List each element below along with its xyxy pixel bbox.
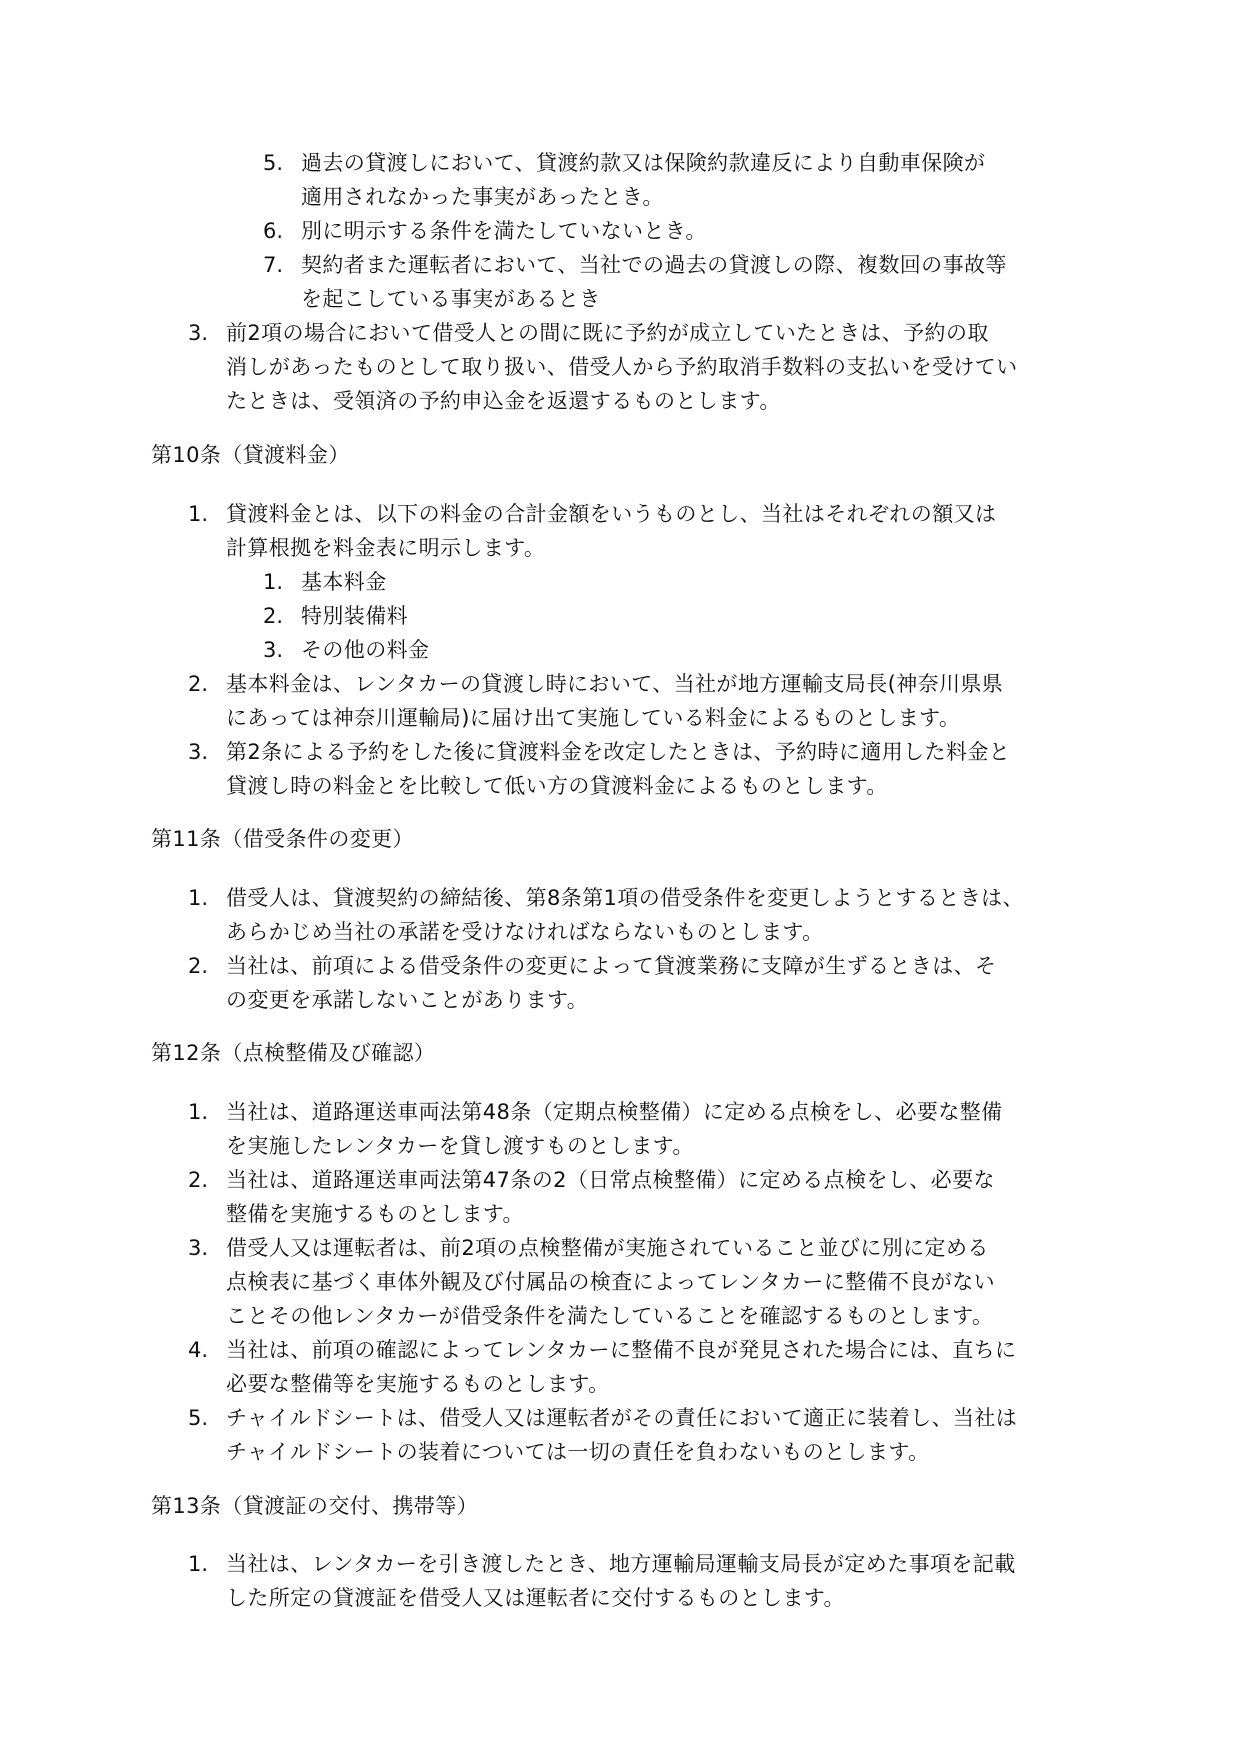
list-item-text: 貸渡し時の料金とを比較して低い方の貸渡料金によるものとします。 <box>226 769 888 803</box>
list-item-text: 当社は、道路運送車両法第48条（定期点検整備）に定める点検をし、必要な整備 <box>226 1095 1003 1129</box>
list-item-text: 契約者また運転者において、当社での過去の貸渡しの際、複数回の事故等 <box>301 248 1007 282</box>
list-item-text: チャイルドシートの装着については一切の責任を負わないものとします。 <box>226 1435 929 1469</box>
list-marker: 2. <box>188 667 208 701</box>
list-item-text: 過去の貸渡しにおいて、貸渡約款又は保険約款違反により自動車保険が <box>301 146 985 180</box>
list-marker: 1. <box>188 881 208 915</box>
list-marker: 3. <box>188 735 208 769</box>
list-item-text: 前2項の場合において借受人との間に既に予約が成立していたときは、予約の取 <box>226 316 989 350</box>
article-heading: 第11条（借受条件の変更） <box>151 822 414 856</box>
list-marker: 2. <box>263 599 283 633</box>
list-item-text: 点検表に基づく車体外観及び付属品の検査によってレンタカーに整備不良がない <box>226 1265 995 1299</box>
list-marker: 6. <box>263 214 283 248</box>
list-item-text: 計算根拠を料金表に明示します。 <box>226 531 545 565</box>
list-marker: 7. <box>263 248 283 282</box>
list-marker: 3. <box>188 316 208 350</box>
list-item-text: 整備を実施するものとします。 <box>226 1197 524 1231</box>
list-item-text: 別に明示する条件を満たしていないとき。 <box>301 214 707 248</box>
list-marker: 1. <box>188 1547 208 1581</box>
list-item-text: 借受人は、貸渡契約の締結後、第8条第1項の借受条件を変更しようとするときは、 <box>226 881 1024 915</box>
list-item-text: を起こしている事実があるとき <box>301 282 601 316</box>
article-heading: 第13条（貸渡証の交付、携帯等） <box>151 1489 478 1523</box>
article-heading: 第10条（貸渡料金） <box>151 438 350 472</box>
list-item-text: の変更を承諾しないことがあります。 <box>226 983 588 1017</box>
list-marker: 3. <box>188 1231 208 1265</box>
list-item-text: 適用されなかった事実があったとき。 <box>301 180 664 214</box>
list-item-text: にあっては神奈川運輸局)に届け出て実施している料金によるものとします。 <box>226 701 960 735</box>
list-item-text: を実施したレンタカーを貸し渡すものとします。 <box>226 1129 694 1163</box>
list-marker: 3. <box>263 633 283 667</box>
list-item-text: 当社は、レンタカーを引き渡したとき、地方運輸局運輸支局長が定めた事項を記載 <box>226 1547 1016 1581</box>
list-item-text: その他の料金 <box>301 633 429 667</box>
list-item-text: 基本料金は、レンタカーの貸渡し時において、当社が地方運輸支局長(神奈川県県 <box>226 667 1003 701</box>
list-marker: 1. <box>188 497 208 531</box>
list-item-text: 必要な整備等を実施するものとします。 <box>226 1367 610 1401</box>
list-item-text: たときは、受領済の予約申込金を返還するものとします。 <box>226 384 781 418</box>
list-item-text: あらかじめ当社の承諾を受けなければならないものとします。 <box>226 915 824 949</box>
list-marker: 1. <box>188 1095 208 1129</box>
list-item-text: 消しがあったものとして取り扱い、借受人から予約取消手数料の支払いを受けてい <box>226 350 1018 384</box>
list-item-text: チャイルドシートは、借受人又は運転者がその責任において適正に装着し、当社は <box>226 1401 1017 1435</box>
list-item-text: 第2条による予約をした後に貸渡料金を改定したときは、予約時に適用した料金と <box>226 735 1010 769</box>
list-item-text: 特別装備料 <box>301 599 408 633</box>
list-item-text: 貸渡料金とは、以下の料金の合計金額をいうものとし、当社はそれぞれの額又は <box>226 497 996 531</box>
list-item-text: 当社は、前項による借受条件の変更によって貸渡業務に支障が生ずるときは、そ <box>226 949 996 983</box>
list-item-text: した所定の貸渡証を借受人又は運転者に交付するものとします。 <box>226 1581 845 1615</box>
list-marker: 2. <box>188 1163 208 1197</box>
list-marker: 5. <box>188 1401 208 1435</box>
list-item-text: 当社は、道路運送車両法第47条の2（日常点検整備）に定める点検をし、必要な <box>226 1163 995 1197</box>
list-item-text: 基本料金 <box>301 565 387 599</box>
list-marker: 2. <box>188 949 208 983</box>
list-item-text: ことその他レンタカーが借受条件を満たしていることを確認するものとします。 <box>226 1299 993 1333</box>
list-marker: 5. <box>263 146 283 180</box>
article-heading: 第12条（点検整備及び確認） <box>151 1036 435 1070</box>
list-item-text: 当社は、前項の確認によってレンタカーに整備不良が発見された場合には、直ちに <box>226 1333 1016 1367</box>
list-marker: 1. <box>263 565 283 599</box>
document-page: 5. 過去の貸渡しにおいて、貸渡約款又は保険約款違反により自動車保険が 適用され… <box>0 0 1242 1755</box>
list-marker: 4. <box>188 1333 208 1367</box>
list-item-text: 借受人又は運転者は、前2項の点検整備が実施されていること並びに別に定める <box>226 1231 989 1265</box>
